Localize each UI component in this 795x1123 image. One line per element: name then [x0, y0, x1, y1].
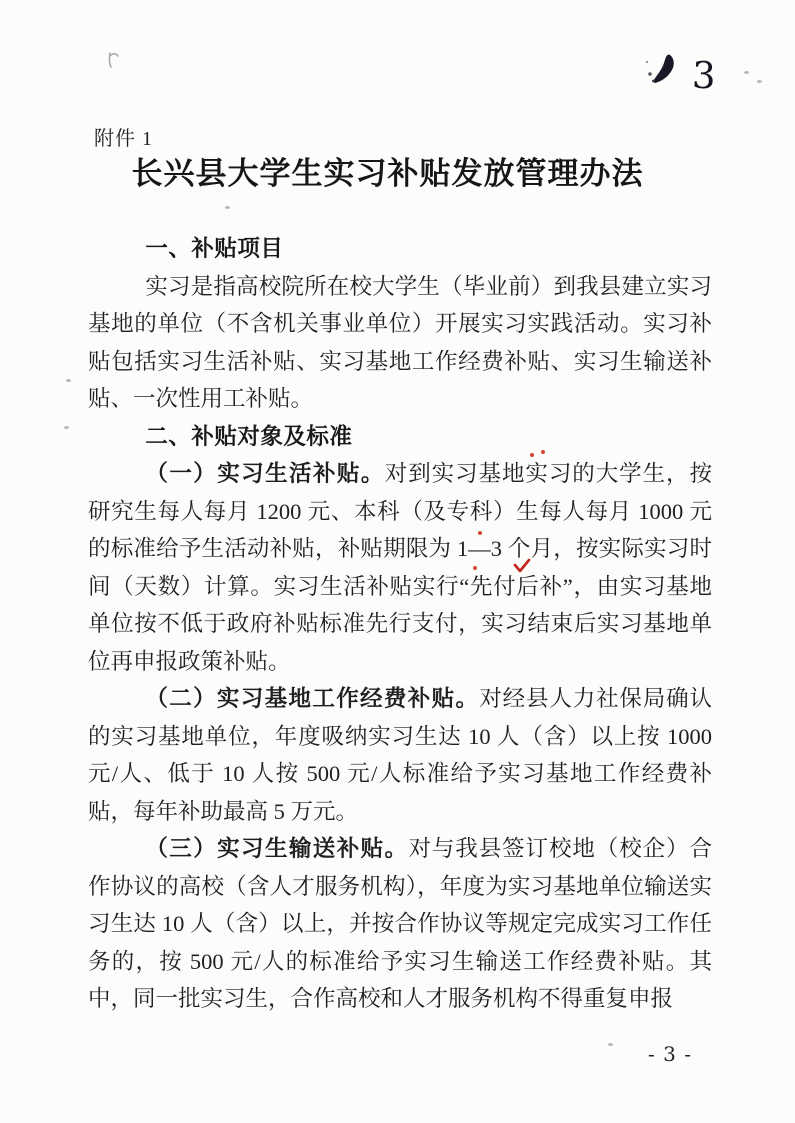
gray-scan-speck: [66, 379, 71, 382]
page-number-footer: - 3 -: [628, 1042, 712, 1066]
red-check-mark: [513, 557, 531, 574]
red-scan-speck: [530, 453, 534, 457]
body-paragraph: （二）实习基地工作经费补贴。对经县人力社保局确认的实习基地单位，年度吸纳实习生达…: [88, 680, 712, 830]
section-heading: 二、补贴对象及标准: [88, 418, 712, 456]
scanned-document-page: 3 附件 1 长兴县大学生实习补贴发放管理办法 一、补贴项目实习是指高校院所在校…: [0, 0, 795, 1123]
red-scan-speck: [473, 566, 477, 570]
body-paragraph: （一）实习生活补贴。对到实习基地实习的大学生，按研究生每人每月 1200 元、本…: [88, 455, 712, 680]
page-number-handwritten: 3: [691, 54, 716, 98]
red-scan-speck: [541, 450, 545, 454]
paragraph-lead: （三）实习生输送补贴。: [145, 836, 408, 861]
document-body: 一、补贴项目实习是指高校院所在校大学生（毕业前）到我县建立实习基地的单位（不含机…: [88, 230, 712, 1018]
attachment-label: 附件 1: [94, 122, 153, 151]
gray-scan-speck: [608, 1043, 613, 1046]
body-paragraph: （三）实习生输送补贴。对与我县签订校地（校企）合作协议的高校（含人才服务机构），…: [88, 830, 712, 1018]
body-paragraph: 实习是指高校院所在校大学生（毕业前）到我县建立实习基地的单位（不含机关事业单位）…: [88, 268, 712, 418]
document-title: 长兴县大学生实习补贴发放管理办法: [90, 148, 685, 193]
ink-blot-mark: [644, 52, 680, 90]
red-scan-speck: [478, 531, 482, 535]
gray-scan-speck: [225, 206, 230, 209]
corner-scan-mark: [106, 50, 122, 70]
gray-scan-speck: [744, 71, 749, 74]
section-heading: 一、补贴项目: [88, 230, 712, 268]
gray-scan-speck: [757, 80, 762, 83]
gray-scan-speck: [64, 426, 69, 429]
paragraph-lead: （一）实习生活补贴。: [145, 461, 384, 486]
paragraph-lead: （二）实习基地工作经费补贴。: [145, 686, 479, 711]
